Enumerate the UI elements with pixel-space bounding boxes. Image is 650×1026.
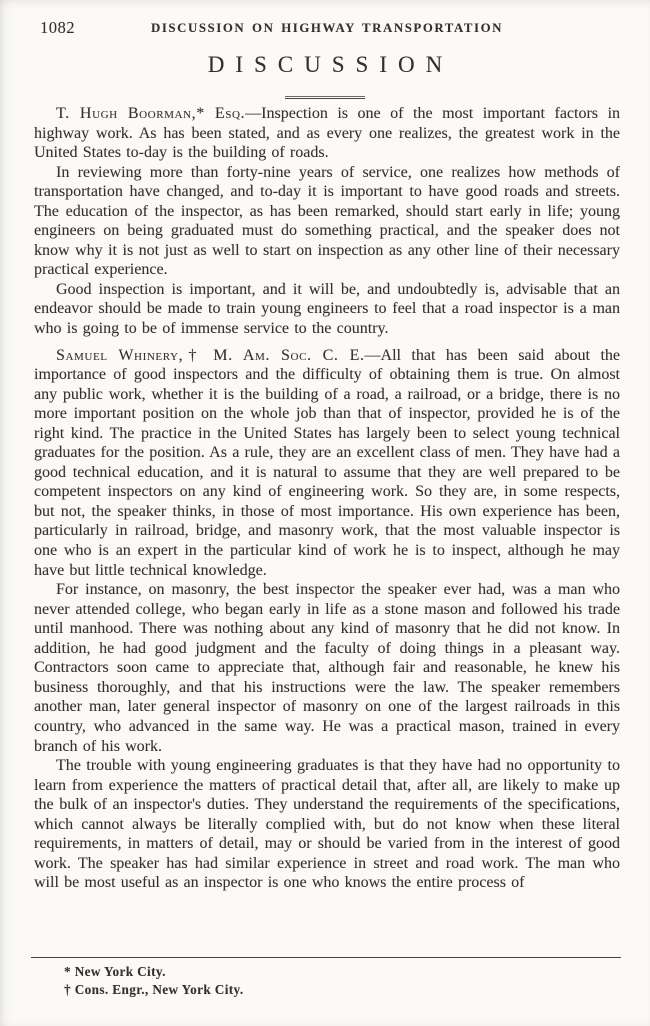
body-text: T. Hugh Boorman,* Esq.—Inspection is one… <box>34 104 620 893</box>
paragraph: For instance, on masonry, the best inspe… <box>34 580 620 756</box>
paragraph-text: For instance, on masonry, the best inspe… <box>34 581 620 754</box>
footnote-rule <box>31 957 621 958</box>
paragraph-boorman: T. Hugh Boorman,* Esq.—Inspection is one… <box>34 104 620 163</box>
running-head-title: DISCUSSION ON HIGHWAY TRANSPORTATION <box>34 21 620 36</box>
book-page: 1082 DISCUSSION ON HIGHWAY TRANSPORTATIO… <box>0 0 650 1026</box>
paragraph-whinery: Samuel Whinery,† M. Am. Soc. C. E.—All t… <box>34 346 620 581</box>
running-header: 1082 DISCUSSION ON HIGHWAY TRANSPORTATIO… <box>34 18 620 38</box>
speaker-name: Samuel Whinery,† M. Am. Soc. C. E. <box>56 347 365 364</box>
paragraph-text: In reviewing more than forty-nine years … <box>34 164 620 279</box>
footnote-dagger: † Cons. Engr., New York City. <box>31 981 621 999</box>
paragraph: The trouble with young engineering gradu… <box>34 756 620 893</box>
paragraph: In reviewing more than forty-nine years … <box>34 163 620 280</box>
paragraph-text: The trouble with young engineering gradu… <box>34 757 620 891</box>
footnote-block: * New York City. † Cons. Engr., New York… <box>31 957 621 998</box>
footnote-asterisk: * New York City. <box>31 963 621 981</box>
section-title: DISCUSSION <box>0 52 650 78</box>
title-divider-rule <box>285 96 365 99</box>
paragraph-text: —All that has been said about the import… <box>34 347 620 579</box>
paragraph: Good inspection is important, and it wil… <box>34 280 620 339</box>
speaker-name: T. Hugh Boorman,* Esq. <box>56 105 245 122</box>
paragraph-text: Good inspection is important, and it wil… <box>34 281 620 337</box>
